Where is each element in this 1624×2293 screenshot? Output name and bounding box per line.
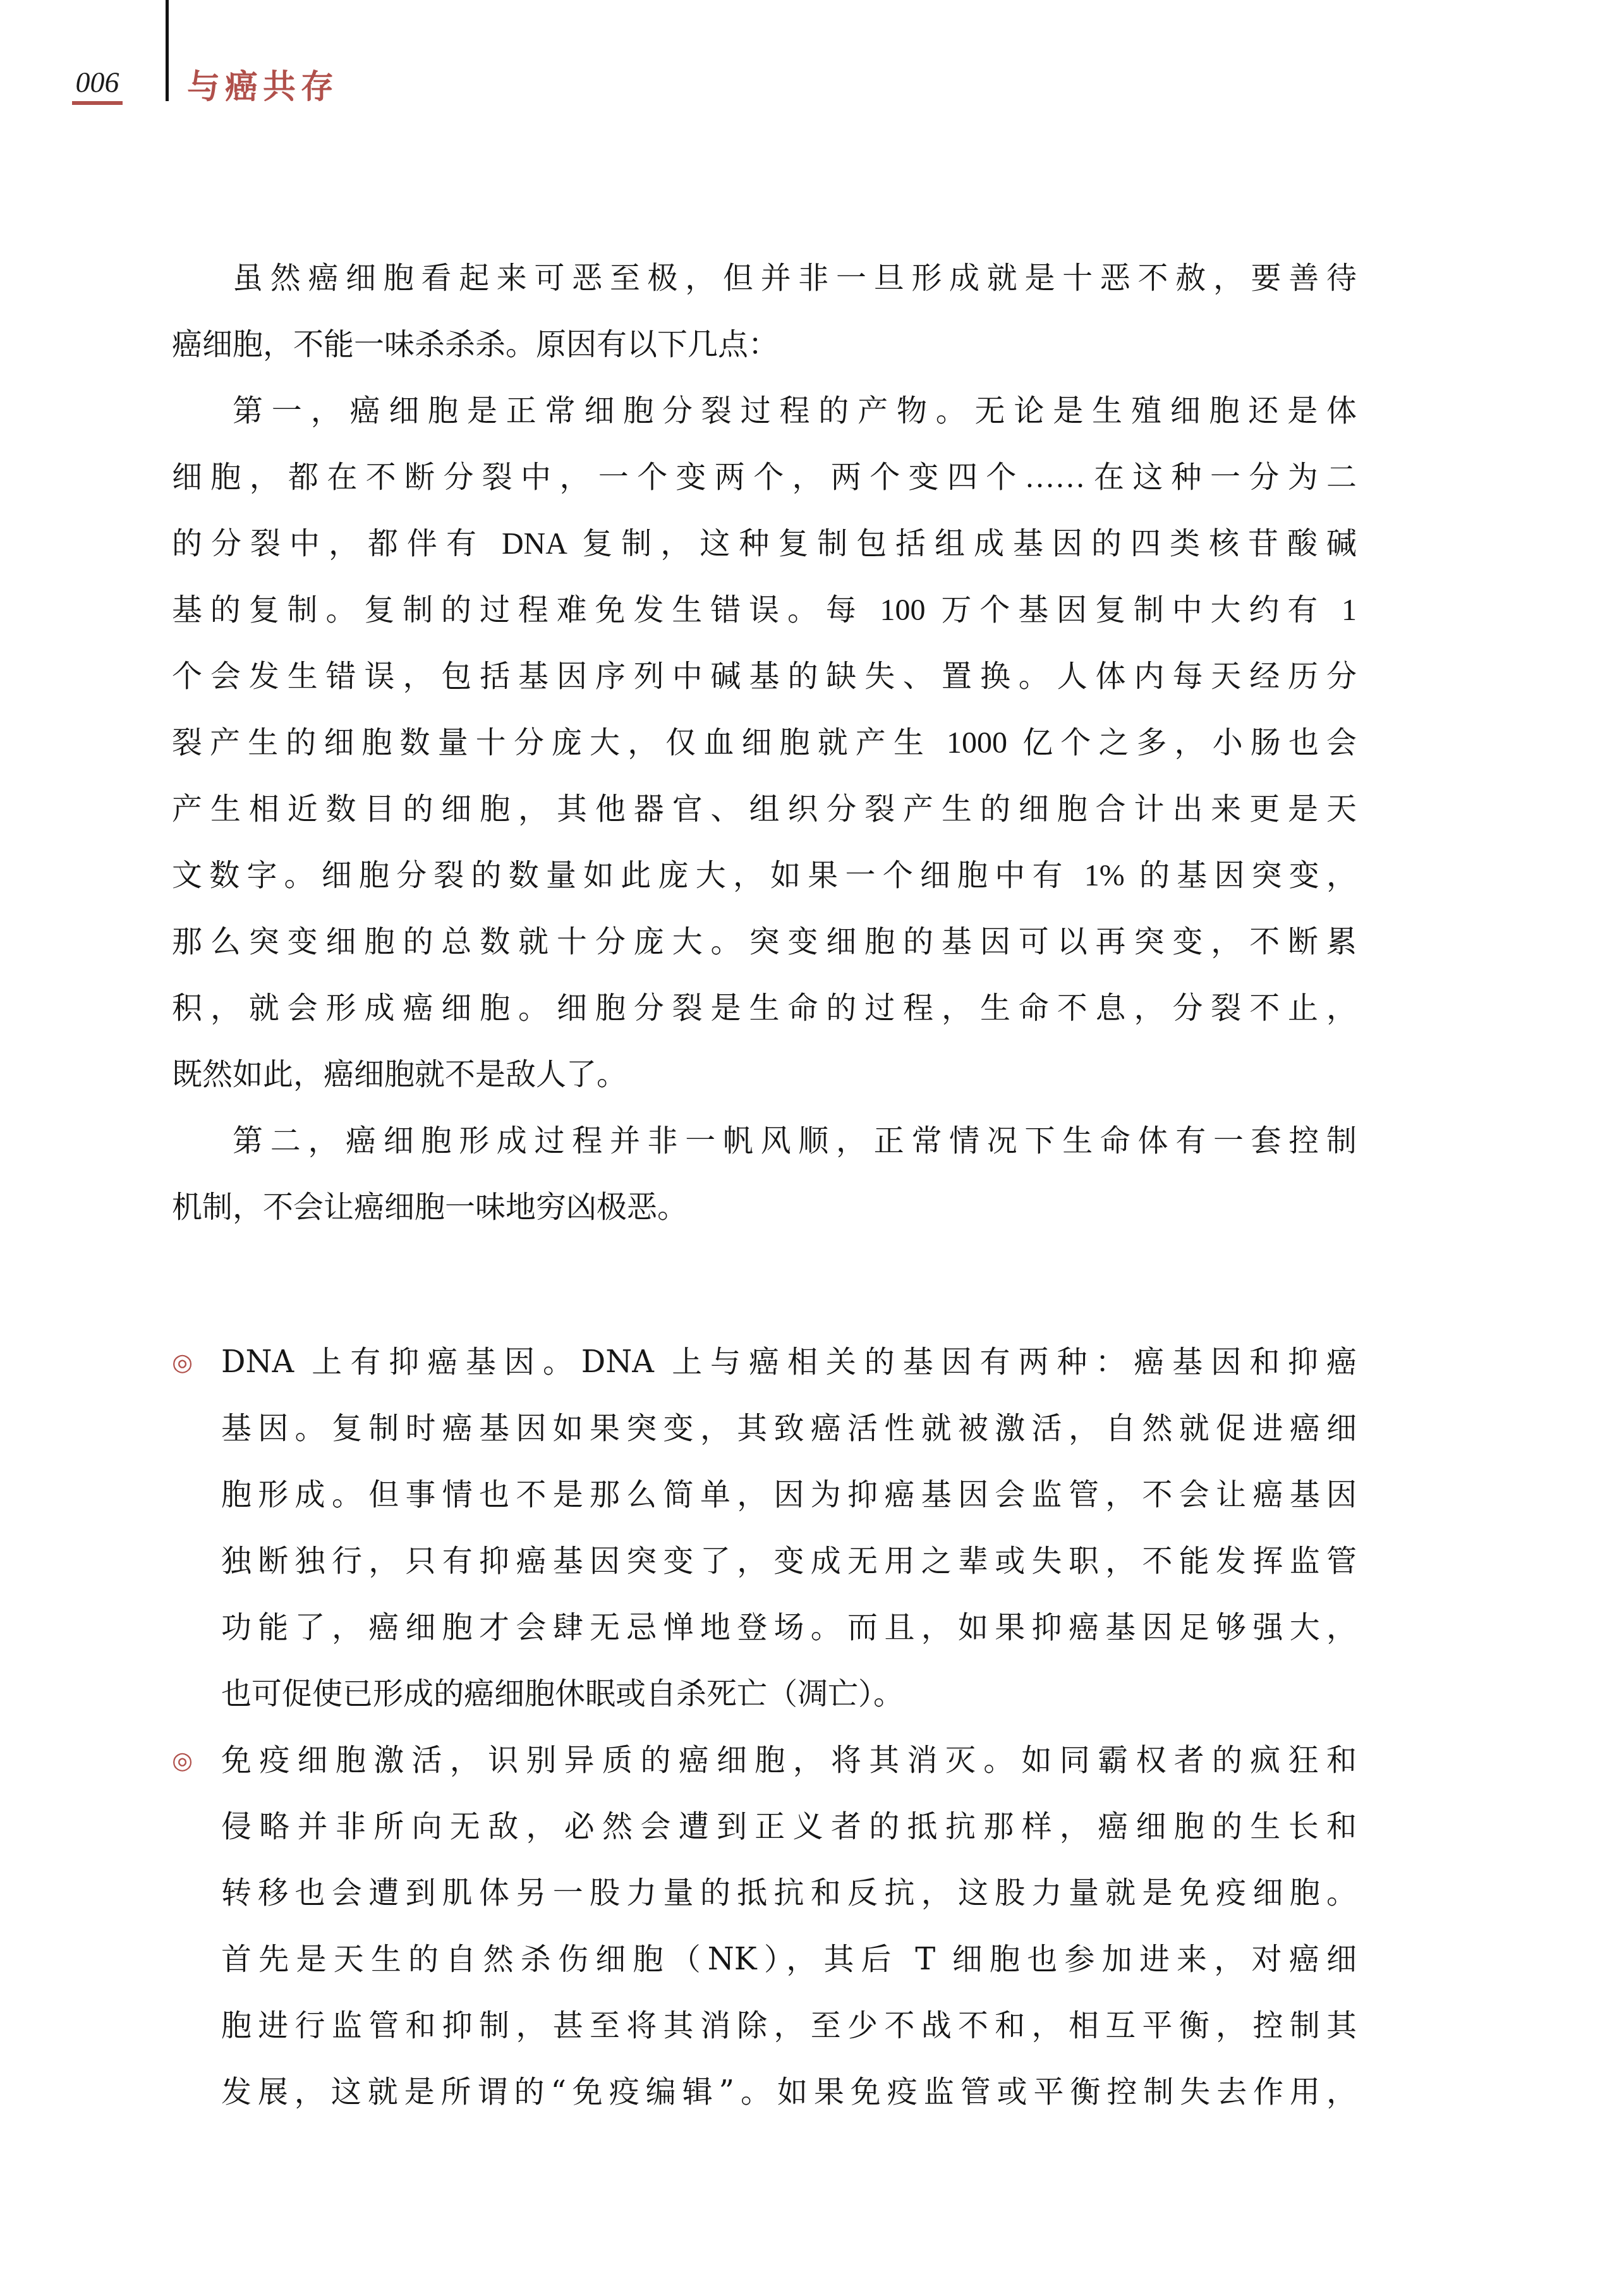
text-line: 首先是天生的自然杀伤细胞（NK），其后 T 细胞也参加进来，对癌细 — [221, 1926, 1357, 1993]
text-line: 虽然癌细胞看起来可恶至极，但并非一旦形成就是十恶不赦，要善待 — [172, 245, 1357, 312]
text-line: 那么突变细胞的总数就十分庞大。突变细胞的基因可以再突变，不断累 — [172, 909, 1357, 975]
text-line: 癌细胞，不能一味杀杀杀。原因有以下几点： — [172, 312, 1357, 378]
bullet-list: ◎ DNA 上有抑癌基因。DNA 上与癌相关的基因有两种：癌基因和抑癌 基因。复… — [172, 1329, 1357, 2126]
text-line: 也可促使已形成的癌细胞休眠或自杀死亡（凋亡）。 — [221, 1661, 1357, 1727]
bullseye-bullet-icon: ◎ — [172, 1727, 221, 1794]
text-line: 免疫细胞激活，识别异质的癌细胞，将其消灭。如同霸权者的疯狂和 — [221, 1727, 1357, 1794]
text-line: 既然如此，癌细胞就不是敌人了。 — [172, 1042, 1357, 1108]
text-line: 第一，癌细胞是正常细胞分裂过程的产物。无论是生殖细胞还是体 — [172, 378, 1357, 444]
text-line: 基的复制。复制的过程难免发生错误。每 100 万个基因复制中大约有 1 — [172, 577, 1357, 643]
text-line: 胞形成。但事情也不是那么简单，因为抑癌基因会监管，不会让癌基因 — [221, 1462, 1357, 1528]
text-line: 积，就会形成癌细胞。细胞分裂是生命的过程，生命不息，分裂不止， — [172, 975, 1357, 1042]
list-item: ◎ DNA 上有抑癌基因。DNA 上与癌相关的基因有两种：癌基因和抑癌 基因。复… — [172, 1329, 1357, 1727]
page-number: 006 — [72, 66, 123, 105]
text-line: 转移也会遭到肌体另一股力量的抵抗和反抗，这股力量就是免疫细胞。 — [221, 1860, 1357, 1926]
text-line: 功能了，癌细胞才会肆无忌惮地登场。而且，如果抑癌基因足够强大， — [221, 1595, 1357, 1661]
paragraph: 虽然癌细胞看起来可恶至极，但并非一旦形成就是十恶不赦，要善待 癌细胞，不能一味杀… — [172, 245, 1357, 378]
text-line: 的分裂中，都伴有 DNA 复制，这种复制包括组成基因的四类核苷酸碱 — [172, 511, 1357, 577]
text-line: 侵略并非所向无敌，必然会遭到正义者的抵抗那样，癌细胞的生长和 — [221, 1794, 1357, 1860]
text-line: 文数字。细胞分裂的数量如此庞大，如果一个细胞中有 1% 的基因突变， — [172, 842, 1357, 909]
text-line: 产生相近数目的细胞，其他器官、组织分裂产生的细胞合计出来更是天 — [172, 776, 1357, 842]
text-line: 胞进行监管和抑制，甚至将其消除，至少不战不和，相互平衡，控制其 — [221, 1993, 1357, 2059]
list-item: ◎ 免疫细胞激活，识别异质的癌细胞，将其消灭。如同霸权者的疯狂和 侵略并非所向无… — [172, 1727, 1357, 2126]
text-line: 第二，癌细胞形成过程并非一帆风顺，正常情况下生命体有一套控制 — [172, 1108, 1357, 1174]
page-body: 虽然癌细胞看起来可恶至极，但并非一旦形成就是十恶不赦，要善待 癌细胞，不能一味杀… — [172, 245, 1357, 2126]
text-line: 机制，不会让癌细胞一味地穷凶极恶。 — [172, 1174, 1357, 1241]
text-line: DNA 上有抑癌基因。DNA 上与癌相关的基因有两种：癌基因和抑癌 — [221, 1329, 1357, 1396]
paragraph: 第一，癌细胞是正常细胞分裂过程的产物。无论是生殖细胞还是体 细胞，都在不断分裂中… — [172, 378, 1357, 1108]
text-line: 独断独行，只有抑癌基因突变了，变成无用之辈或失职，不能发挥监管 — [221, 1528, 1357, 1595]
book-title: 与癌共存 — [187, 70, 339, 105]
text-line: 细胞，都在不断分裂中，一个变两个，两个变四个……在这种一分为二 — [172, 444, 1357, 511]
text-line: 基因。复制时癌基因如果突变，其致癌活性就被激活，自然就促进癌细 — [221, 1396, 1357, 1462]
bullseye-bullet-icon: ◎ — [172, 1329, 221, 1396]
text-line: 个会发生错误，包括基因序列中碱基的缺失、置换。人体内每天经历分 — [172, 643, 1357, 710]
text-line: 发展，这就是所谓的“免疫编辑”。如果免疫监管或平衡控制失去作用， — [221, 2059, 1357, 2126]
header-divider — [166, 0, 169, 101]
paragraph: 第二，癌细胞形成过程并非一帆风顺，正常情况下生命体有一套控制 机制，不会让癌细胞… — [172, 1108, 1357, 1241]
text-line: 裂产生的细胞数量十分庞大，仅血细胞就产生 1000 亿个之多，小肠也会 — [172, 710, 1357, 776]
